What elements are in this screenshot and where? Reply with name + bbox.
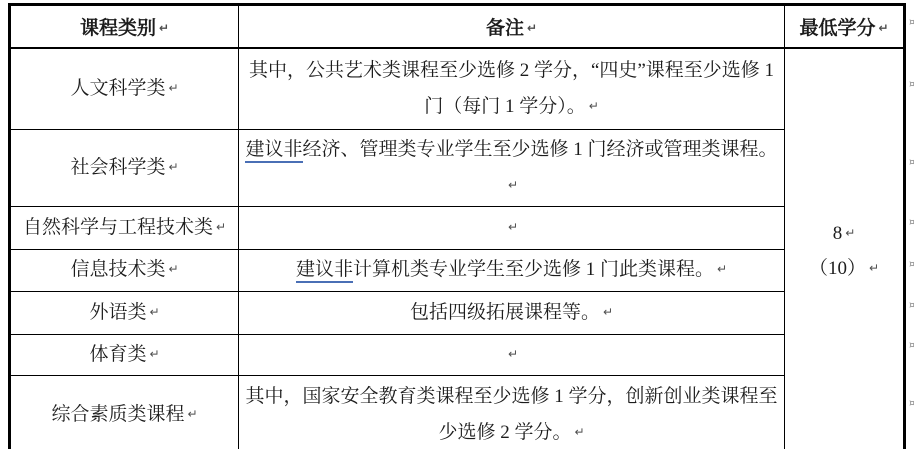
pilcrow-mark: ↵ <box>574 425 584 439</box>
end-of-row-mark: ¤ <box>909 341 914 351</box>
document-page: { "marks": { "pilcrow": "↵", "end_of_row… <box>0 0 914 449</box>
category-cell: 自然科学与工程技术类↵ <box>10 207 239 250</box>
end-of-row-mark: ¤ <box>909 80 914 90</box>
pilcrow-mark: ↵ <box>168 81 178 95</box>
remark-cell: ↵ <box>239 335 785 376</box>
header-category-label: 课程类别 <box>80 18 156 39</box>
header-min-credit-label: 最低学分 <box>799 18 875 39</box>
remark-cell: 其中，公共艺术类课程至少选修 2 学分，“四史”课程至少选修 1 门（每门 1 … <box>239 48 785 130</box>
min-credits-alt-value: （10） <box>809 258 866 279</box>
header-remark-label: 备注 <box>486 18 524 39</box>
pilcrow-mark: ↵ <box>527 21 537 35</box>
pilcrow-mark: ↵ <box>508 220 518 234</box>
table-row: 体育类↵ ↵ <box>10 335 905 376</box>
course-credit-table: 课程类别↵ 备注↵ 最低学分↵ 人文科学类↵ 其中，公共艺术类课程至少选修 2 … <box>8 3 906 449</box>
pilcrow-mark: ↵ <box>168 160 178 174</box>
pilcrow-mark: ↵ <box>603 305 613 319</box>
pilcrow-mark: ↵ <box>187 407 197 421</box>
category-cell: 人文科学类↵ <box>10 48 239 130</box>
pilcrow-mark: ↵ <box>717 262 727 276</box>
remark-cell: 建议非计算机类专业学生至少选修 1 门此类课程。↵ <box>239 250 785 292</box>
category-cell: 体育类↵ <box>10 335 239 376</box>
remark-cell: 建议非经济、管理类专业学生至少选修 1 门经济或管理类课程。↵ <box>239 130 785 207</box>
pilcrow-mark: ↵ <box>508 178 518 192</box>
header-min-credit: 最低学分↵ <box>785 5 905 49</box>
category-label: 体育类 <box>89 344 146 365</box>
remark-text: 包括四级拓展课程等。 <box>410 302 600 323</box>
table-row: 自然科学与工程技术类↵ ↵ <box>10 207 905 250</box>
category-cell: 外语类↵ <box>10 292 239 335</box>
header-remark: 备注↵ <box>239 5 785 49</box>
category-label: 自然科学与工程技术类 <box>23 217 213 238</box>
category-cell: 综合素质类课程↵ <box>10 376 239 449</box>
pilcrow-mark: ↵ <box>589 99 599 113</box>
header-category: 课程类别↵ <box>10 5 239 49</box>
pilcrow-mark: ↵ <box>845 226 855 240</box>
category-label: 信息技术类 <box>70 259 165 280</box>
category-label: 社会科学类 <box>70 157 165 178</box>
category-cell: 社会科学类↵ <box>10 130 239 207</box>
category-cell: 信息技术类↵ <box>10 250 239 292</box>
min-credits-cell: 8↵ （10）↵ <box>785 48 905 449</box>
table-row: 社会科学类↵ 建议非经济、管理类专业学生至少选修 1 门经济或管理类课程。↵ <box>10 130 905 207</box>
pilcrow-mark: ↵ <box>159 21 169 35</box>
pilcrow-mark: ↵ <box>149 347 159 361</box>
table-row: 信息技术类↵ 建议非计算机类专业学生至少选修 1 门此类课程。↵ <box>10 250 905 292</box>
end-of-row-mark: ¤ <box>909 18 914 28</box>
min-credits-line2: （10）↵ <box>791 252 897 287</box>
end-of-row-mark: ¤ <box>909 260 914 270</box>
category-label: 综合素质类课程 <box>51 404 184 425</box>
min-credits-value: 8 <box>833 223 843 244</box>
remark-cell: ↵ <box>239 207 785 250</box>
table-row: 综合素质类课程↵ 其中，国家安全教育类课程至少选修 1 学分，创新创业类课程至少… <box>10 376 905 449</box>
pilcrow-mark: ↵ <box>149 305 159 319</box>
remark-text: 其中，国家安全教育类课程至少选修 1 学分，创新创业类课程至少选修 2 学分。 <box>245 386 777 443</box>
pilcrow-mark: ↵ <box>878 21 888 35</box>
header-row: 课程类别↵ 备注↵ 最低学分↵ <box>10 5 905 49</box>
end-of-row-mark: ¤ <box>909 218 914 228</box>
end-of-row-mark: ¤ <box>909 158 914 168</box>
min-credits-line1: 8↵ <box>791 217 897 252</box>
table-row: 人文科学类↵ 其中，公共艺术类课程至少选修 2 学分，“四史”课程至少选修 1 … <box>10 48 905 130</box>
category-label: 人文科学类 <box>70 78 165 99</box>
pilcrow-mark: ↵ <box>869 261 879 275</box>
pilcrow-mark: ↵ <box>216 220 226 234</box>
end-of-row-mark: ¤ <box>909 301 914 311</box>
remark-underlined-lead: 建议非 <box>296 259 353 283</box>
remark-text: 计算机类专业学生至少选修 1 门此类课程。 <box>353 259 714 280</box>
category-label: 外语类 <box>89 302 146 323</box>
end-of-row-mark: ¤ <box>909 399 914 409</box>
table-row: 外语类↵ 包括四级拓展课程等。↵ <box>10 292 905 335</box>
remark-cell: 其中，国家安全教育类课程至少选修 1 学分，创新创业类课程至少选修 2 学分。↵ <box>239 376 785 449</box>
remark-cell: 包括四级拓展课程等。↵ <box>239 292 785 335</box>
remark-underlined-lead: 建议非 <box>245 139 302 163</box>
remark-text: 其中，公共艺术类课程至少选修 2 学分，“四史”课程至少选修 1 门（每门 1 … <box>249 60 774 117</box>
pilcrow-mark: ↵ <box>508 347 518 361</box>
pilcrow-mark: ↵ <box>168 262 178 276</box>
remark-text: 经济、管理类专业学生至少选修 1 门经济或管理类课程。 <box>303 139 778 160</box>
